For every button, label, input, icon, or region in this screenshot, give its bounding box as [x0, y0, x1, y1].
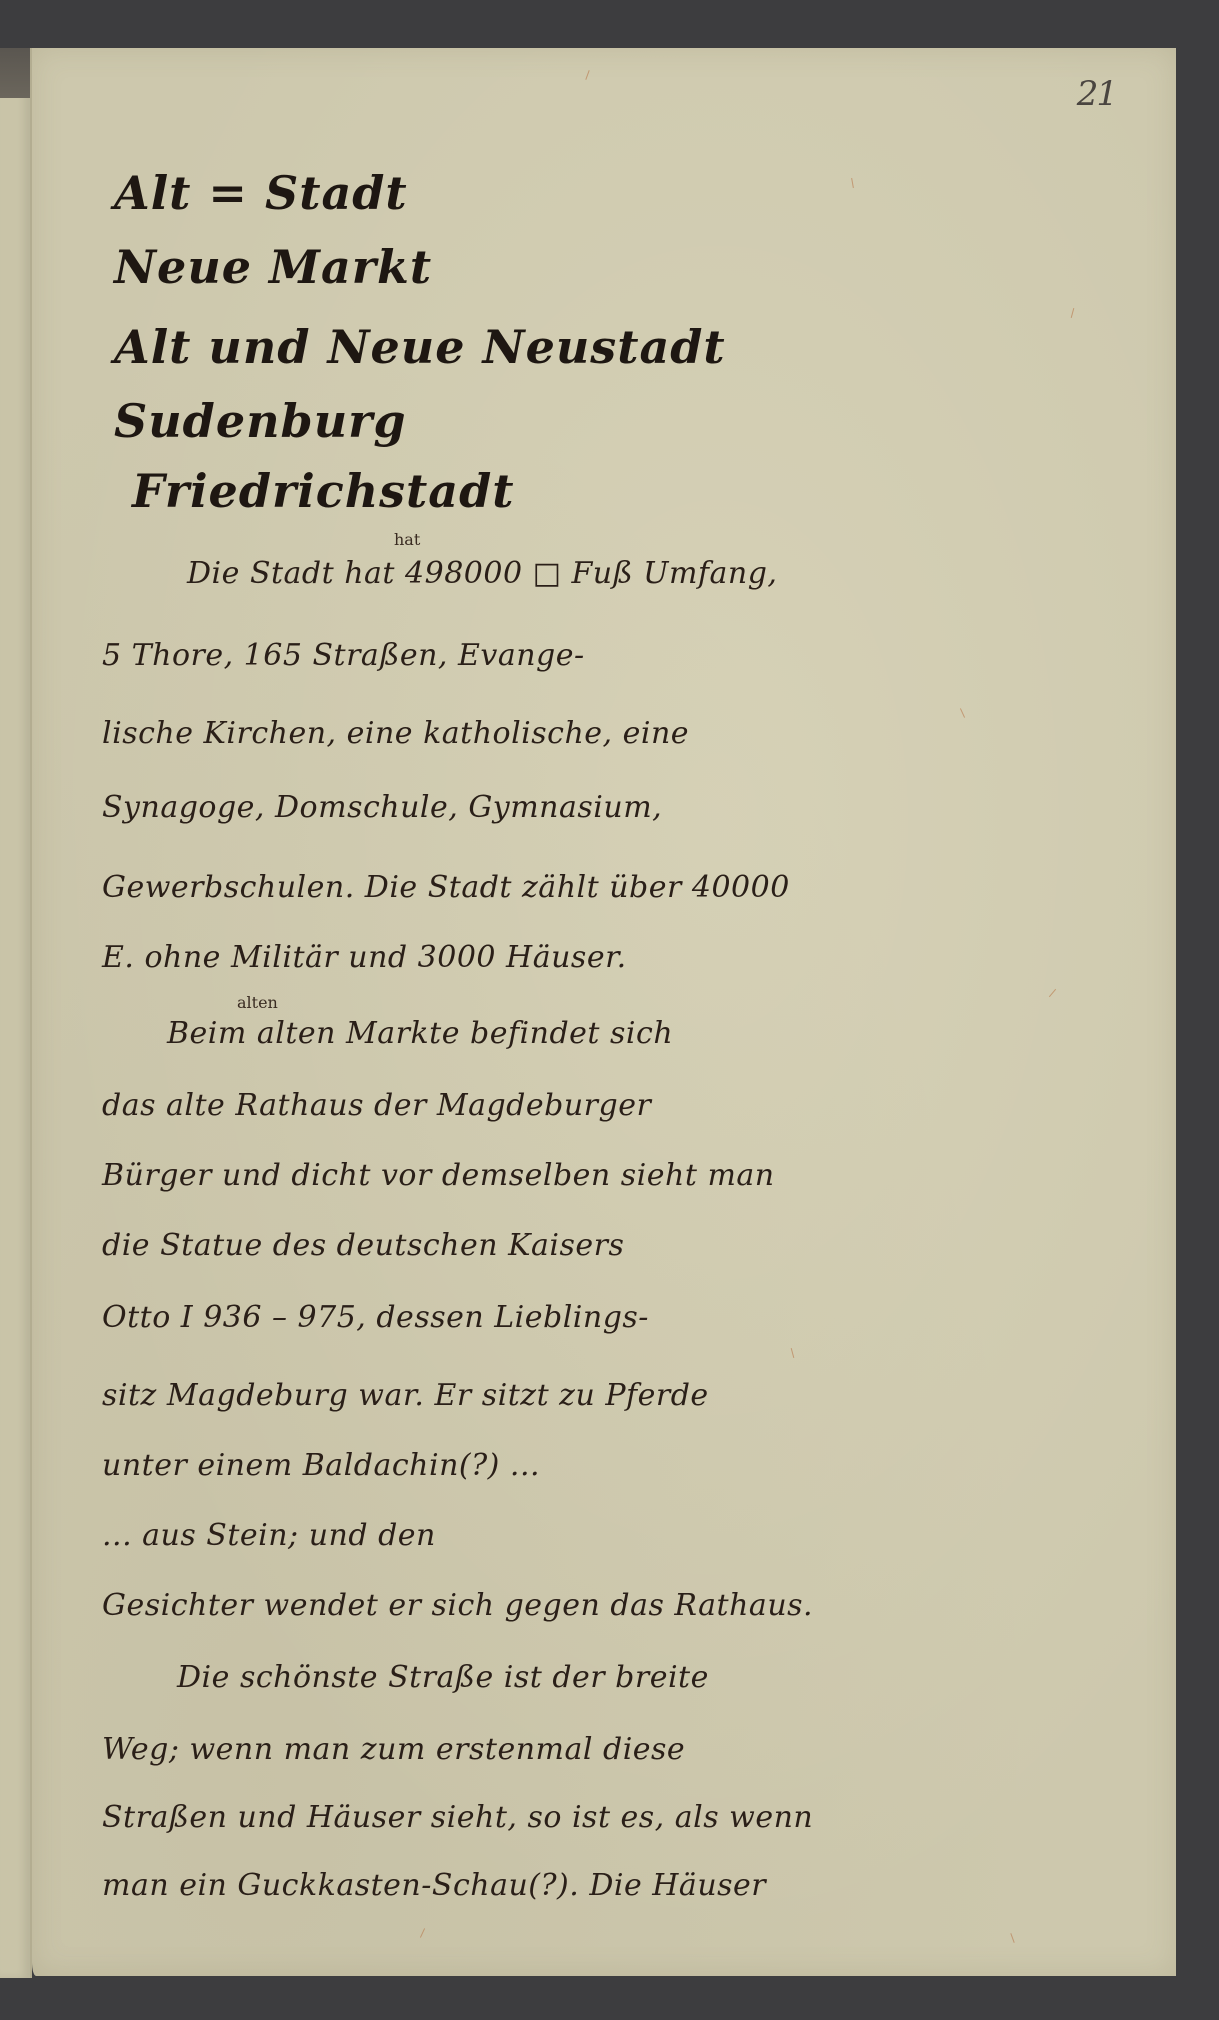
- body-line: das alte Rathaus der Magdeburger: [102, 1088, 651, 1123]
- book-spine-shadow: [0, 48, 30, 98]
- paper-fiber: [585, 70, 589, 80]
- body-line: Bürger und dicht vor demselben sieht man: [102, 1158, 775, 1193]
- interlinear-insertion: hat: [394, 530, 420, 549]
- folio-number: 21: [1077, 74, 1116, 114]
- paper-fiber: [960, 708, 965, 717]
- interlinear-insertion: alten: [237, 993, 278, 1012]
- heading-line: Friedrichstadt: [132, 464, 515, 518]
- body-line: man ein Guckkasten-Schau(?). Die Häuser: [102, 1868, 766, 1903]
- body-line: Gewerbschulen. Die Stadt zählt über 4000…: [102, 870, 790, 905]
- paper-fiber: [1071, 308, 1075, 318]
- body-line: lische Kirchen, eine katholische, eine: [102, 716, 689, 751]
- heading-line: Sudenburg: [114, 394, 407, 448]
- body-line: Die Stadt hat 498000 □ Fuß Umfang,: [187, 556, 777, 591]
- paper-fiber: [1010, 1933, 1014, 1943]
- heading-line: Neue Markt: [114, 240, 432, 294]
- body-line: Weg; wenn man zum erstenmal diese: [102, 1732, 685, 1767]
- body-line: Otto I 936 – 975, dessen Lieblings-: [102, 1300, 649, 1335]
- paper-fiber: [420, 1928, 425, 1937]
- heading-line: Alt und Neue Neustadt: [114, 320, 726, 374]
- body-line: unter einem Baldachin(?) ...: [102, 1448, 540, 1483]
- body-line: E. ohne Militär und 3000 Häuser.: [102, 940, 627, 975]
- body-line: Synagoge, Domschule, Gymnasium,: [102, 790, 662, 825]
- body-line: 5 Thore, 165 Straßen, Evange-: [102, 638, 585, 673]
- manuscript-page: 21 Alt = Stadt Neue Markt Alt und Neue N…: [32, 48, 1176, 1976]
- paper-fiber: [1049, 989, 1056, 997]
- body-line: Straßen und Häuser sieht, so ist es, als…: [102, 1800, 813, 1835]
- heading-line: Alt = Stadt: [114, 166, 408, 220]
- paper-fiber: [851, 178, 854, 188]
- body-line: Beim alten Markte befindet sich: [167, 1016, 673, 1051]
- body-line: sitz Magdeburg war. Er sitzt zu Pferde: [102, 1378, 709, 1413]
- body-line: Die schönste Straße ist der breite: [177, 1660, 709, 1695]
- paper-fiber: [791, 1348, 795, 1358]
- body-line: ... aus Stein; und den: [102, 1518, 436, 1553]
- body-line: Gesichter wendet er sich gegen das Ratha…: [102, 1588, 813, 1623]
- body-line: die Statue des deutschen Kaisers: [102, 1228, 624, 1263]
- left-page-edge: [0, 48, 32, 1978]
